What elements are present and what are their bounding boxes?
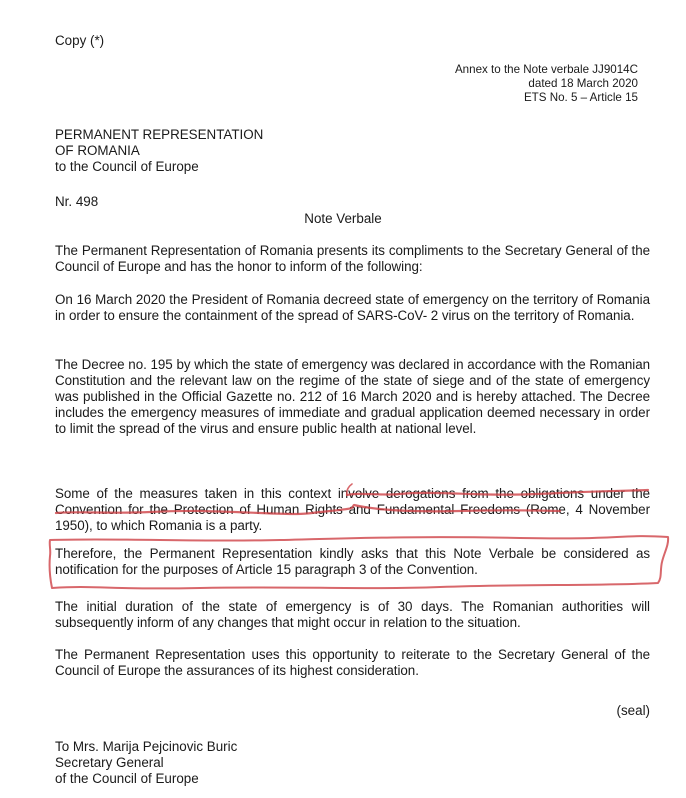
paragraph-duration: The initial duration of the state of eme… — [55, 599, 650, 631]
paragraph-emergency-decreed: On 16 March 2020 the President of Romani… — [55, 292, 650, 324]
seal-label: (seal) — [617, 703, 650, 719]
sender-line-3: to the Council of Europe — [55, 159, 263, 175]
paragraph-compliments: The Permanent Representation of Romania … — [55, 243, 650, 275]
copy-label: Copy (*) — [55, 33, 104, 49]
paragraph-article-15-notification: Therefore, the Permanent Representation … — [55, 546, 650, 578]
addressee-block: To Mrs. Marija Pejcinovic Buric Secretar… — [55, 739, 237, 787]
document-title: Note Verbale — [0, 211, 686, 227]
addressee-name: To Mrs. Marija Pejcinovic Buric — [55, 739, 237, 755]
note-number: Nr. 498 — [55, 194, 98, 210]
paragraph-closing: The Permanent Representation uses this o… — [55, 647, 650, 679]
sender-line-1: PERMANENT REPRESENTATION — [55, 127, 263, 143]
annex-reference: Annex to the Note verbale JJ9014C dated … — [455, 63, 638, 105]
addressee-organization: of the Council of Europe — [55, 771, 237, 787]
annex-note-reference: Annex to the Note verbale JJ9014C — [455, 63, 638, 77]
annex-date: dated 18 March 2020 — [455, 77, 638, 91]
paragraph-derogations: Some of the measures taken in this conte… — [55, 486, 650, 534]
sender-line-2: OF ROMANIA — [55, 143, 263, 159]
paragraph-decree-details: The Decree no. 195 by which the state of… — [55, 357, 650, 437]
sender-block: PERMANENT REPRESENTATION OF ROMANIA to t… — [55, 127, 263, 175]
addressee-title: Secretary General — [55, 755, 237, 771]
annex-treaty-article: ETS No. 5 – Article 15 — [455, 91, 638, 105]
